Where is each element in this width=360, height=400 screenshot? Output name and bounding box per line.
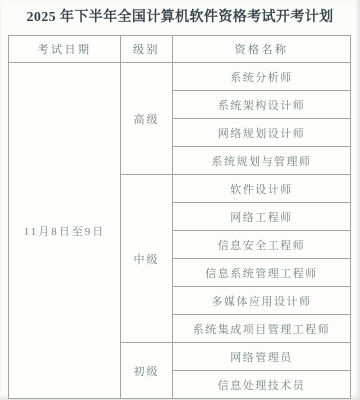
qualification-cell: 多媒体应用设计师	[173, 287, 351, 315]
column-header-level: 级别	[121, 36, 173, 63]
level-cell-advanced: 高级	[121, 63, 173, 175]
scanned-document-page: 2025 年下半年全国计算机软件资格考试开考计划 考试日期 级别 资格名称 11…	[0, 0, 360, 400]
qualification-cell: 信息安全工程师	[173, 231, 351, 259]
qualification-cell: 软件设计师	[173, 175, 351, 203]
qualification-cell: 系统集成项目管理工程师	[173, 315, 351, 343]
column-header-exam-date: 考试日期	[9, 36, 121, 63]
exam-date-cell: 11月8日至9日	[9, 63, 121, 399]
qualification-cell: 信息处理技术员	[173, 371, 351, 399]
level-cell-junior: 初级	[121, 343, 173, 399]
qualification-cell: 网络管理员	[173, 343, 351, 371]
header-row: 考试日期 级别 资格名称	[9, 36, 351, 63]
qualification-cell: 系统架构设计师	[173, 91, 351, 119]
qualification-cell: 系统规划与管理师	[173, 147, 351, 175]
qualification-cell: 信息系统管理工程师	[173, 259, 351, 287]
qualification-cell: 网络工程师	[173, 203, 351, 231]
qualification-cell: 系统分析师	[173, 63, 351, 91]
column-header-qualification-name: 资格名称	[173, 36, 351, 63]
level-cell-intermediate: 中级	[121, 175, 173, 343]
table-row: 11月8日至9日 高级 系统分析师	[9, 63, 351, 91]
qualification-cell: 网络规划设计师	[173, 119, 351, 147]
exam-schedule-table: 考试日期 级别 资格名称 11月8日至9日 高级 系统分析师 系统架构设计师 网…	[8, 35, 351, 399]
page-title: 2025 年下半年全国计算机软件资格考试开考计划	[0, 0, 360, 26]
